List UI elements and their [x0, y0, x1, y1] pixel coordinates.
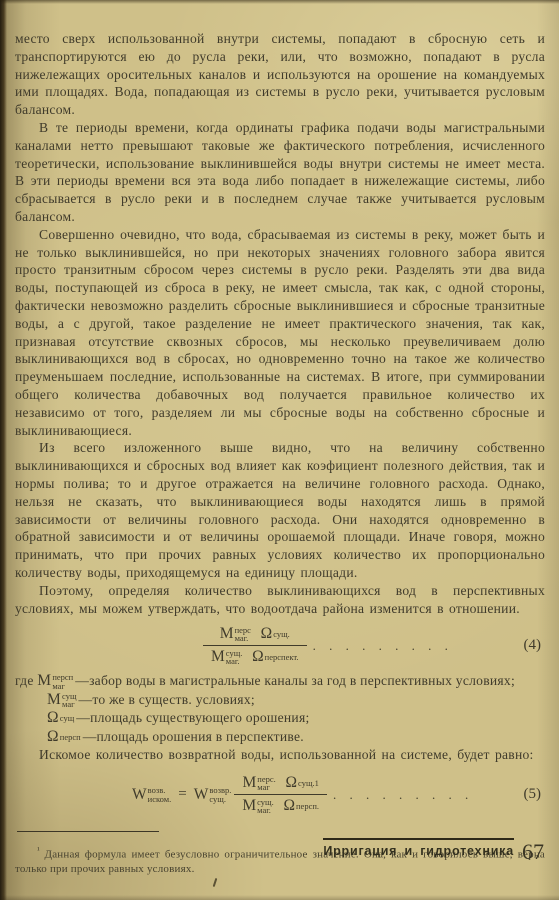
math-symbol-W-exist: Wвозвр.сущ. [194, 786, 232, 804]
formula-5: Wвозв.иском. = Wвозвр.сущ. Mперс.маг Ωсу… [15, 774, 545, 815]
definition-text: —забор воды в магистральные каналы за го… [75, 673, 515, 688]
math-symbol-W-sought: Wвозв.иском. [132, 786, 171, 804]
equals-sign: = [178, 786, 186, 803]
math-symbol-omega-persp: Ωперсп [47, 728, 81, 747]
paragraph: Совершенно очевидно, что вода, сбрасывае… [15, 226, 545, 440]
journal-title: Ирригация и гидротехника [323, 838, 514, 858]
formula-4: Mперсмаг. Ωсущ. Mсущ.маг. Ωперспект. . .… [15, 625, 545, 666]
math-symbol-M-persp: Mперс.маг [242, 774, 275, 792]
fraction-numerator: Mперс.маг Ωсущ.1 [234, 774, 327, 795]
definition-text: —то же в существ. условиях; [79, 692, 255, 707]
definition-text: —площадь орошения в перспективе. [83, 729, 304, 744]
math-symbol-M-exist: Mсущ.маг. [211, 648, 242, 666]
scanned-book-page: место сверх использованной внутри систем… [0, 0, 559, 900]
math-symbol-M-persp: Mперсмаг. [220, 625, 251, 643]
paragraph: В те периоды времени, когда ординаты гра… [15, 119, 545, 226]
dot-leader: . . . . . . . . . [307, 638, 524, 654]
paragraph: Из всего изложенного выше видно, что на … [15, 439, 545, 581]
definition-row: Ωсущ—площадь существующего орошения; [15, 709, 545, 728]
dot-leader: . . . . . . . . . [327, 787, 523, 803]
equation-number: (5) [524, 786, 542, 803]
paragraph: Искомое количество возвратной воды, испо… [15, 746, 545, 764]
fraction: Mперсмаг. Ωсущ. Mсущ.маг. Ωперспект. [203, 625, 307, 666]
definition-text: —площадь существующего орошения; [76, 710, 309, 725]
symbol-definitions: где Mперспмаг—забор воды в магистральные… [15, 672, 545, 746]
definition-intro: где [15, 673, 34, 688]
definition-row: где Mперспмаг—забор воды в магистральные… [15, 672, 545, 691]
page-body: место сверх использованной внутри систем… [15, 30, 545, 888]
math-symbol-omega-exist: Ωсущ [47, 709, 74, 728]
fraction-numerator: Mперсмаг. Ωсущ. [203, 625, 307, 646]
fraction-denominator: Mсущ.маг. Ωперсп. [234, 795, 327, 815]
math-symbol-M-exist: Mсущмаг [47, 691, 77, 710]
footnote-rule [17, 831, 159, 832]
page-number: 67 [522, 839, 544, 865]
definition-row: Ωперсп—площадь орошения в перспективе. [15, 728, 545, 747]
footnote-reference: 1 [315, 778, 319, 788]
page-top-shadow [0, 0, 559, 4]
binding-shadow [0, 0, 7, 900]
fraction: Mперс.маг Ωсущ.1 Mсущ.маг. Ωперсп. [234, 774, 327, 815]
page-footer: Ирригация и гидротехника 67 [323, 838, 544, 865]
paragraph: Поэтому, определяя количество выклиниваю… [15, 582, 545, 618]
math-symbol-M-exist: Mсущ.маг. [242, 797, 273, 815]
math-symbol-omega-persp: Ωперсп. [283, 797, 319, 815]
fraction-denominator: Mсущ.маг. Ωперспект. [203, 646, 307, 666]
math-symbol-omega-exist: Ωсущ.1 [286, 774, 319, 792]
math-symbol-omega-exist: Ωсущ. [261, 625, 290, 643]
page-bottom-shadow [0, 895, 559, 900]
paragraph: место сверх использованной внутри систем… [15, 30, 545, 119]
math-symbol-M-persp: Mперспмаг [37, 672, 73, 691]
definition-row: Mсущмаг—то же в существ. условиях; [15, 691, 545, 710]
math-symbol-omega-persp: Ωперспект. [252, 648, 298, 666]
equation-number: (4) [524, 637, 542, 654]
